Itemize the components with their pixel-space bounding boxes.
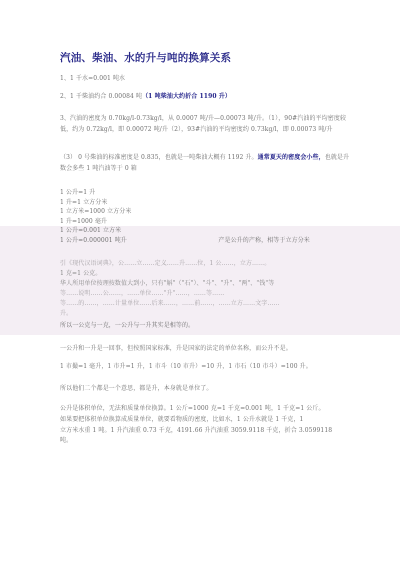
conclusion-1: 所以一公克与一克，一公升与一升其实是相等的。 <box>60 321 350 332</box>
final-paragraph: 公升是体积单位，无法和质量单位换算。1 公斤=1000 克=1 千克=0.001… <box>60 404 350 447</box>
unit-line: 1 公升=0.000001 吨升 产是公升的产称，相等于立方分米 <box>60 236 350 246</box>
item-4-text: （3） 0 号柴油的标准密度是 0.835，也就是一吨柴油大概有 1192 升。 <box>60 154 258 161</box>
unit-line: 1 升=1000 毫升 <box>60 217 350 227</box>
unit-line: 1 升=1 立方分米 <box>60 198 350 208</box>
faint-line: 华人所用单位按理按数值大到小，只有"斛"（"石"）、"斗"、"升"、"两"、"钱… <box>60 279 350 289</box>
item-2: 2、1 千柴油约合 0.00084 吨（1 吨柴油大约折合 1190 升） <box>60 92 350 103</box>
document-page: 汽油、柴油、水的升与吨的换算关系 1、1 千水=0.001 吨水 2、1 千柴油… <box>0 0 400 566</box>
item-1: 1、1 千水=0.001 吨水 <box>60 74 350 85</box>
item-4: （3） 0 号柴油的标准密度是 0.835，也就是一吨柴油大概有 1192 升。… <box>60 153 350 174</box>
faint-line: 等……说明……公……，……单位……"升"……，……等…… <box>60 289 350 299</box>
unit-list: 1 公升=1 升 1 升=1 立方分米 1 立方米=1000 立方分米 1 升=… <box>60 188 350 246</box>
conclusion-2: 一公升和一升是一回事，但按照国家标准，升是国家的法定的单位名称，而公升不是。 <box>60 344 350 355</box>
faint-line: 引《现代汉语词典》，公……立……定义……升……位，1 公……，立方……。 <box>60 259 350 269</box>
page-title: 汽油、柴油、水的升与吨的换算关系 <box>60 50 231 65</box>
conclusion-3: 1 市撮=1 毫升，1 市升=1 升，1 市斗（10 市升）=10 升，1 市石… <box>60 362 350 373</box>
unit-line: 1 立方米=1000 立方分米 <box>60 207 350 217</box>
final-line: 立方米水重 1 吨。1 升汽油重 0.73 千克，4191.66 升汽油重 30… <box>60 426 350 437</box>
faint-line: 升。 <box>60 309 350 319</box>
faint-line: 1 克=1 公克。 <box>60 269 350 279</box>
faint-line: 等……的……，……计量单位……后来……，……前……，……立方……文字…… <box>60 299 350 309</box>
item-2-highlight: （1 吨柴油大约折合 1190 升） <box>142 93 231 100</box>
item-2-text: 2、1 千柴油约合 0.00084 吨 <box>60 93 142 100</box>
conclusion-4: 所以他们二个都是一个意思，都是升，本身就是单位了。 <box>60 384 350 395</box>
final-line: 吨。 <box>60 436 350 447</box>
faint-paragraph: 引《现代汉语词典》，公……立……定义……升……位，1 公……，立方……。 1 克… <box>60 259 350 319</box>
item-3: 3、汽油的密度为 0.70kg/l-0.73kg/l，从 0.0007 吨/升—… <box>60 114 350 135</box>
final-line: 公升是体积单位，无法和质量单位换算。1 公斤=1000 克=1 千克=0.001… <box>60 404 350 415</box>
unit-line: 1 公升=1 升 <box>60 188 350 198</box>
final-line: 如果要把体积单位换算成质量单位，就要看物质的密度，比如水，1 公升水就是 1 千… <box>60 415 350 426</box>
unit-line: 1 公升=0.001 立方米 <box>60 226 350 236</box>
item-4-highlight: 通常夏天的密度会小些， <box>258 154 325 161</box>
